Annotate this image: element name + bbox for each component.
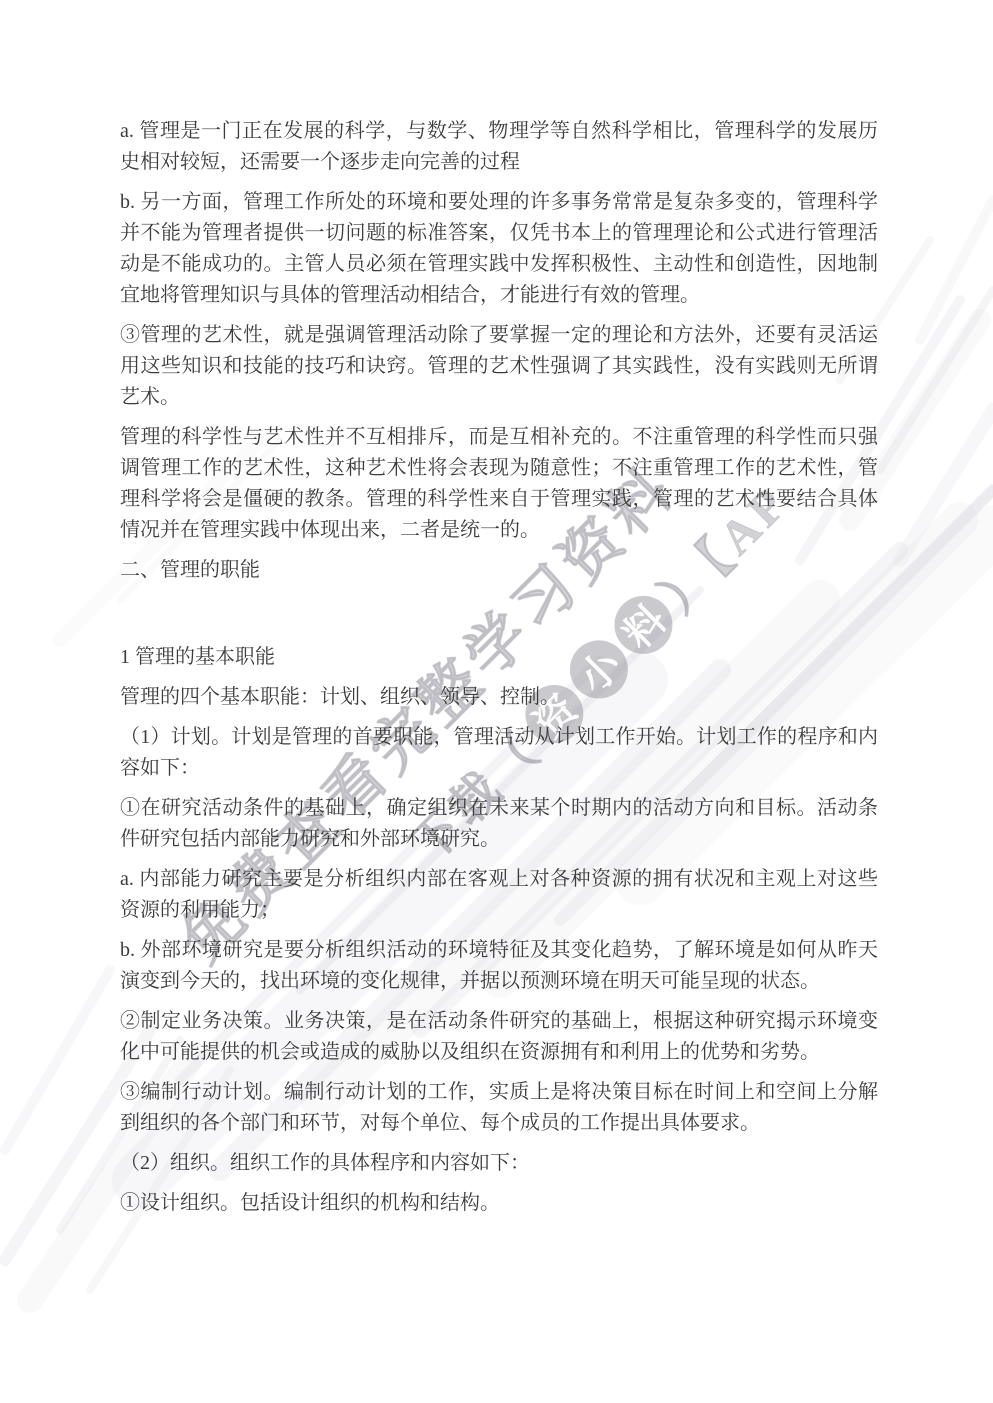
document-body: a. 管理是一门正在发展的科学，与数学、物理学等自然科学相比，管理科学的发展历史… — [120, 116, 878, 1228]
para-art-of-management: ③管理的艺术性，就是强调管理活动除了要掌握一定的理论和方法外，还要有灵活运用这些… — [120, 320, 878, 413]
para-a-internal-capability: a. 内部能力研究主要是分析组织内部在客观上对各种资源的拥有状况和主观上对这些资… — [120, 864, 878, 926]
para-b-complex-environment: b. 另一方面，管理工作所处的环境和要处理的许多事务常常是复杂多变的，管理科学并… — [120, 187, 878, 311]
para-step1-design-organization: ①设计组织。包括设计组织的机构和结构。 — [120, 1188, 878, 1219]
para-1-planning: （1）计划。计划是管理的首要职能，管理活动从计划工作开始。计划工作的程序和内容如… — [120, 722, 878, 784]
para-step2-business-decision: ②制定业务决策。业务决策，是在活动条件研究的基础上，根据这种研究揭示环境变化中可… — [120, 1006, 878, 1068]
para-step1-research-conditions: ①在研究活动条件的基础上，确定组织在未来某个时期内的活动方向和目标。活动条件研究… — [120, 793, 878, 855]
document-page: 免费查看完整学习资料 下载（ 资 小 料 ）【AP a. 管理是一门正在发展的科… — [0, 0, 993, 1403]
para-a-science-developing: a. 管理是一门正在发展的科学，与数学、物理学等自然科学相比，管理科学的发展历史… — [120, 116, 878, 178]
para-b-external-environment: b. 外部环境研究是要分析组织活动的环境特征及其变化趋势，了解环境是如何从昨天演… — [120, 935, 878, 997]
para-step3-action-plan: ③编制行动计划。编制行动计划的工作，实质上是将决策目标在时间上和空间上分解到组织… — [120, 1077, 878, 1139]
para-science-art-relation: 管理的科学性与艺术性并不互相排斥，而是互相补充的。不注重管理的科学性而只强调管理… — [120, 422, 878, 546]
para-four-basic-functions: 管理的四个基本职能：计划、组织、领导、控制。 — [120, 682, 878, 713]
heading-basic-functions: 1 管理的基本职能 — [120, 642, 878, 673]
heading-management-functions: 二、管理的职能 — [120, 555, 878, 586]
para-2-organizing: （2）组织。组织工作的具体程序和内容如下： — [120, 1148, 878, 1179]
